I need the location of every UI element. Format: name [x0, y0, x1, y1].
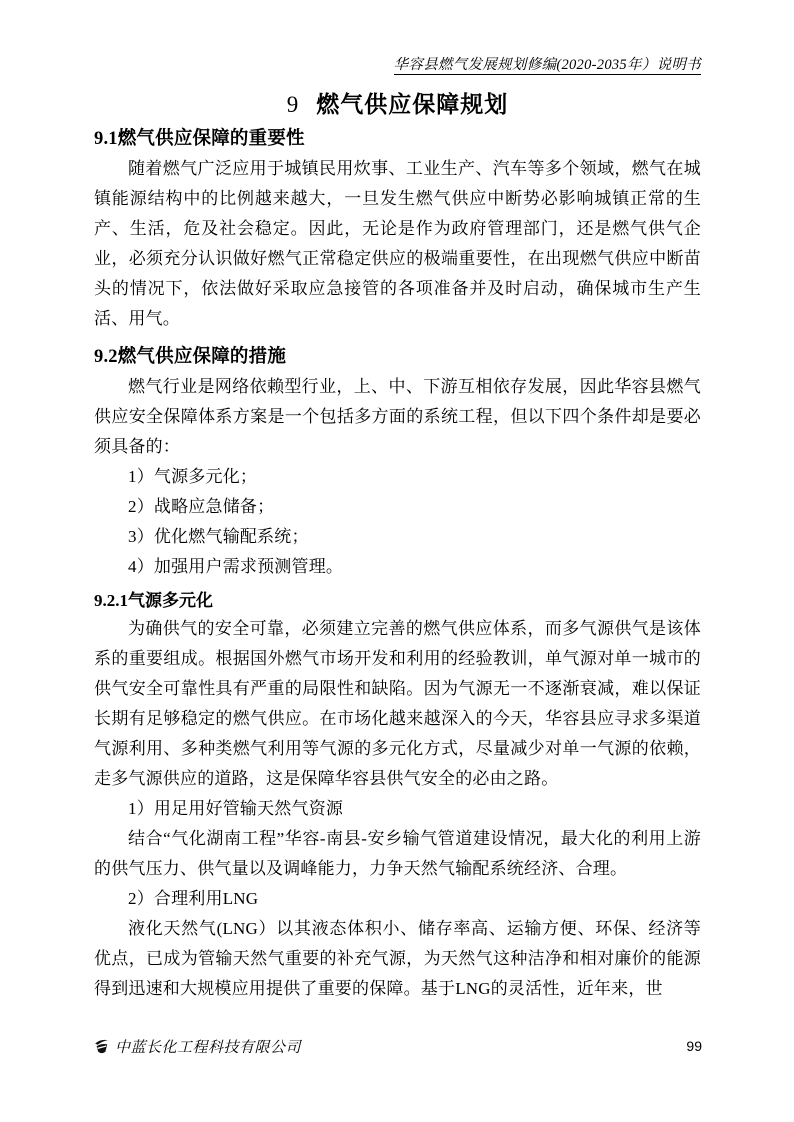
footer-company: 中蓝长化工程科技有限公司 [94, 1036, 301, 1057]
chapter-title: 燃气供应保障规划 [316, 91, 508, 117]
section-title: 气源多元化 [128, 591, 213, 610]
paragraph-measures-intro: 燃气行业是网络依赖型行业，上、中、下游互相依存发展，因此华容县燃气供应安全保障体… [94, 372, 701, 462]
section-title: 燃气供应保障的措施 [118, 345, 286, 366]
section-heading-9-2: 9.2燃气供应保障的措施 [94, 343, 701, 370]
document-page: 华容县燃气发展规划修编(2020-2035年）说明书 9燃气供应保障规划 9.1… [0, 0, 794, 1122]
condition-item-1: 1）气源多元化； [94, 462, 701, 492]
page-number: 99 [686, 1038, 702, 1054]
header-title: 华容县燃气发展规划修编(2020-2035年）说明书 [394, 57, 701, 75]
page-footer: 中蓝长化工程科技有限公司 99 [94, 1036, 702, 1056]
condition-item-2: 2）战略应急储备； [94, 492, 701, 522]
footer-company-name: 中蓝长化工程科技有限公司 [115, 1036, 301, 1057]
paragraph-importance: 随着燃气广泛应用于城镇民用炊事、工业生产、汽车等多个领域，燃气在城镇能源结构中的… [94, 154, 701, 334]
section-heading-9-1: 9.1燃气供应保障的重要性 [94, 125, 701, 152]
section-heading-9-2-1: 9.2.1气源多元化 [94, 589, 701, 612]
paragraph-diversification: 为确供气的安全可靠，必须建立完善的燃气供应体系，而多气源供气是该体系的重要组成。… [94, 614, 701, 794]
point-1-text: 结合“气化湖南工程”华容-南县-安乡输气管道建设情况，最大化的利用上游的供气压力… [94, 824, 701, 884]
section-number: 9.1 [94, 129, 118, 149]
section-number: 9.2.1 [94, 591, 128, 610]
point-2-text: 液化天然气(LNG）以其液态体积小、储存率高、运输方便、环保、经济等优点，已成为… [94, 914, 701, 1004]
section-number: 9.2 [94, 347, 118, 367]
company-logo-icon [94, 1038, 109, 1055]
condition-item-3: 3）优化燃气输配系统； [94, 522, 701, 552]
chapter-heading: 9燃气供应保障规划 [94, 88, 701, 121]
point-1-title: 1）用足用好管输天然气资源 [94, 794, 701, 824]
condition-item-4: 4）加强用户需求预测管理。 [94, 552, 701, 582]
page-header: 华容县燃气发展规划修编(2020-2035年）说明书 [94, 56, 701, 78]
point-2-title: 2）合理利用LNG [94, 884, 701, 914]
chapter-number: 9 [287, 92, 300, 117]
section-title: 燃气供应保障的重要性 [118, 127, 305, 148]
